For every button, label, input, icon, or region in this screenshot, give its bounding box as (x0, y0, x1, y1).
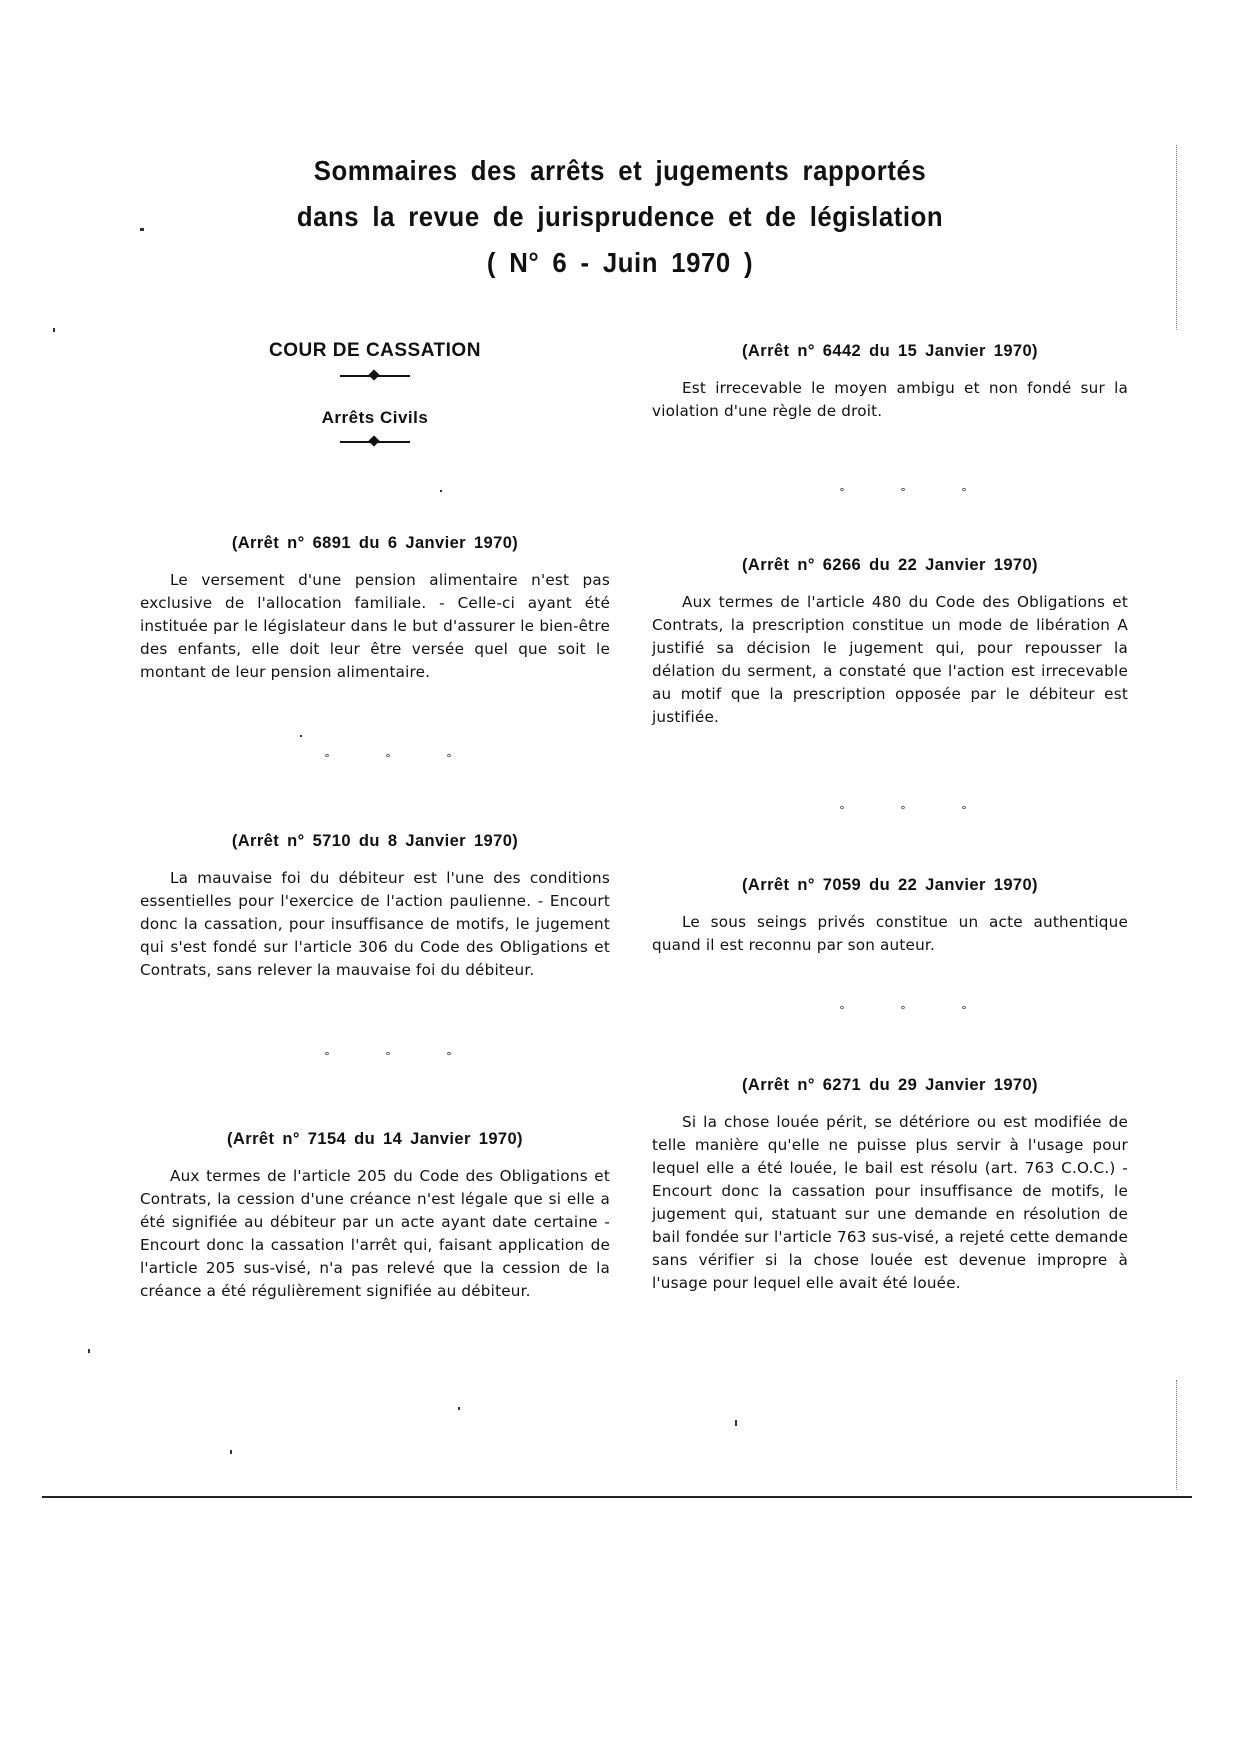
title-line-1: Sommaires des arrêts et jugements rappor… (197, 148, 1043, 194)
arret-text: Est irrecevable le moyen ambigu et non f… (652, 377, 1128, 423)
arret-heading: (Arrêt n° 6442 du 15 Janvier 1970) (652, 342, 1128, 361)
title-line-3: ( N° 6 - Juin 1970 ) (197, 240, 1043, 286)
arret-summary: (Arrêt n° 5710 du 8 Janvier 1970) La mau… (140, 832, 610, 982)
court-heading-block: COUR DE CASSATION Arrêts Civils (140, 340, 610, 448)
arret-text: Si la chose louée périt, se détériore ou… (652, 1111, 1128, 1295)
arret-heading: (Arrêt n° 7154 du 14 Janvier 1970) (140, 1130, 610, 1149)
arret-summary: (Arrêt n° 7059 du 22 Janvier 1970) Le so… (652, 876, 1128, 957)
footer-rule (42, 1496, 1192, 1498)
section-separator: ° ° ° (166, 1050, 636, 1063)
scan-speck (53, 328, 55, 332)
arret-text: La mauvaise foi du débiteur est l'une de… (140, 867, 610, 982)
arret-heading: (Arrêt n° 7059 du 22 Janvier 1970) (652, 876, 1128, 895)
scan-edge-marks (1176, 145, 1181, 330)
scan-speck (735, 1420, 737, 1426)
section-title: Arrêts Civils (140, 408, 610, 428)
scan-speck (300, 735, 302, 737)
arret-heading: (Arrêt n° 6266 du 22 Janvier 1970) (652, 556, 1128, 575)
ornament-divider (340, 436, 410, 448)
scan-speck (458, 1407, 460, 1410)
arret-summary: (Arrêt n° 6891 du 6 Janvier 1970) Le ver… (140, 534, 610, 684)
section-separator: ° ° ° (678, 1004, 1154, 1017)
court-name: COUR DE CASSATION (140, 340, 610, 362)
arret-heading: (Arrêt n° 6891 du 6 Janvier 1970) (140, 534, 610, 553)
arret-summary: (Arrêt n° 7154 du 14 Janvier 1970) Aux t… (140, 1130, 610, 1303)
document-title: Sommaires des arrêts et jugements rappor… (197, 148, 1043, 286)
scan-speck (140, 228, 144, 231)
scan-speck (440, 490, 442, 492)
section-separator: ° ° ° (166, 752, 636, 765)
arret-summary: (Arrêt n° 6271 du 29 Janvier 1970) Si la… (652, 1076, 1128, 1295)
arret-text: Le versement d'une pension alimentaire n… (140, 569, 610, 684)
arret-heading: (Arrêt n° 6271 du 29 Janvier 1970) (652, 1076, 1128, 1095)
section-separator: ° ° ° (678, 486, 1154, 499)
scan-edge-marks (1176, 1380, 1181, 1490)
title-line-2: dans la revue de jurisprudence et de lég… (197, 194, 1043, 240)
scan-speck (230, 1450, 232, 1454)
arret-text: Aux termes de l'article 205 du Code des … (140, 1165, 610, 1303)
arret-text: Aux termes de l'article 480 du Code des … (652, 591, 1128, 729)
arret-summary: (Arrêt n° 6266 du 22 Janvier 1970) Aux t… (652, 556, 1128, 729)
arret-summary: (Arrêt n° 6442 du 15 Janvier 1970) Est i… (652, 342, 1128, 423)
section-separator: ° ° ° (678, 804, 1154, 817)
arret-text: Le sous seings privés constitue un acte … (652, 911, 1128, 957)
ornament-divider (340, 370, 410, 382)
scan-speck (88, 1349, 90, 1353)
arret-heading: (Arrêt n° 5710 du 8 Janvier 1970) (140, 832, 610, 851)
